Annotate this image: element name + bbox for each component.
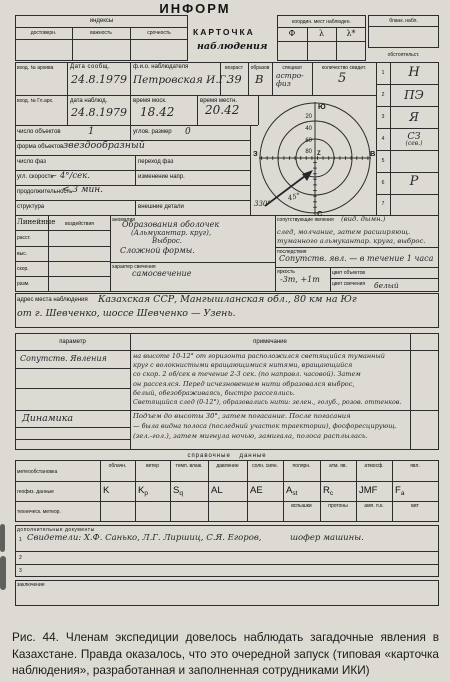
parameter-accompanying: Сопутств. Явления [20, 355, 107, 363]
line [368, 26, 439, 27]
phase-transition-label: переход фаз [138, 159, 173, 166]
observation-date-label: дата наблюд. [70, 98, 107, 105]
line [15, 481, 439, 482]
blank-label: бланк. набл. [368, 18, 439, 24]
line [135, 200, 136, 215]
line [67, 62, 68, 95]
direction-change-label: изменение напр. [138, 174, 185, 181]
object-shape-value: звездообразный [63, 141, 145, 151]
moscow-time-label: время моск. [133, 98, 167, 105]
circumstances-label: обстоятельст. [368, 52, 439, 58]
line [275, 267, 439, 268]
angular-speed-label: угл. скорость [17, 174, 53, 181]
line [15, 27, 188, 28]
note-line: — была видна полоса (последний участок т… [133, 423, 397, 430]
parameter-dynamics: Динамика [22, 414, 73, 424]
object-shape-label: форма объектов [17, 144, 63, 151]
note-line: Подъем до высоты 30°, затем погасание. П… [133, 413, 351, 420]
line [376, 128, 439, 129]
line [15, 246, 110, 247]
line [15, 276, 110, 277]
compass-south-label: Ю [318, 102, 326, 111]
trajectory-arrow [265, 173, 309, 206]
geo-index: Rc [323, 487, 333, 497]
note-line: он рассеялся. Перед исчезновением нити о… [133, 381, 354, 388]
elevation-tick: 20 [305, 114, 312, 120]
linear-row-speed: скор. [17, 266, 29, 272]
line [135, 460, 136, 522]
linear-row-height: выс. [17, 251, 27, 257]
line [15, 261, 110, 262]
elevation-tick: 60 [305, 138, 312, 144]
line [197, 95, 198, 125]
line [15, 368, 130, 369]
weather-col: атм. яв. [320, 463, 356, 469]
line [376, 106, 439, 107]
consequences-value: Сопутств. явл. — в течение 1 часа [279, 255, 433, 263]
line [15, 388, 130, 389]
document-row-value: шофер машины. [290, 534, 364, 543]
line [135, 170, 136, 185]
geo-index-sub: st [292, 490, 297, 497]
side-row-num: 2 [376, 92, 390, 98]
weather-col: полярн. [283, 463, 320, 469]
local-time-value: 20.42 [205, 104, 239, 117]
document-row-num: 2 [19, 555, 22, 561]
side-row-num: 7 [376, 201, 390, 207]
indices-col-reliability: достоверн. [16, 30, 71, 36]
witness-count-value: 5 [338, 72, 346, 86]
line [15, 410, 439, 411]
address-value: от г. Шевченко, шоссе Шевченко — Узень. [17, 309, 236, 319]
geo-index-sub: c [330, 490, 333, 497]
line [330, 267, 331, 292]
line [15, 427, 130, 428]
accompanying-value: (вид. дымн.) [341, 216, 385, 223]
document-row-num: 3 [19, 568, 22, 574]
weather-col: ветер [135, 463, 170, 469]
side-row-num: 5 [376, 158, 390, 164]
archive-no-label: вход. № архива [17, 65, 65, 71]
line [170, 460, 171, 522]
line [135, 155, 136, 170]
address-label: адрес места наблюдения [17, 297, 88, 304]
side-row-num: 1 [376, 70, 390, 76]
line [275, 247, 439, 248]
technical-col: вспышки [283, 503, 320, 509]
glow-color-value: белый [374, 282, 399, 290]
line [277, 27, 366, 28]
card-subtitle: наблюдения [197, 41, 267, 52]
note-line: со скор. 2 об/сек в течение 2-3 сек. (по… [133, 371, 361, 378]
weather-col: солн. сиян. [247, 463, 283, 469]
line [376, 150, 439, 151]
side-row-num: 6 [376, 180, 390, 186]
linear-row-distance: расст. [17, 235, 31, 241]
side-row-num: 4 [376, 136, 390, 142]
line [376, 84, 439, 85]
external-details-label: внешние детали [138, 204, 184, 211]
report-date-label: Дата сообщ. [70, 64, 110, 71]
form-title: ИНФОРМ [130, 1, 260, 16]
weather-col: явл. [392, 463, 438, 469]
line [15, 439, 130, 440]
address-value: Казахская ССР, Мангышланская обл., 80 км… [98, 295, 357, 305]
technical-col: вит [392, 503, 438, 509]
geo-index-main: AE [250, 485, 263, 496]
conclusion-label: заключение [17, 582, 45, 588]
geo-index-main: JMF [359, 485, 377, 496]
line [15, 350, 439, 351]
age-value: 39 [227, 73, 242, 85]
note-line: белый, обезображиваясь, быстро рассеялис… [133, 390, 295, 397]
anomaly-value: Сложной формы. [120, 247, 195, 255]
line [130, 125, 131, 140]
indices-col-urgency: срочность [131, 30, 187, 36]
weather-row-label: метеообстановка [17, 469, 57, 475]
note-column-header: примечание [130, 339, 410, 346]
indices-col-importance: важность [73, 30, 129, 36]
weather-col: давление [208, 463, 247, 469]
main-archive-no-label: вход. № Гл.арх. [17, 98, 65, 104]
zenith-label: Z [317, 151, 321, 157]
geo-index-main: R [323, 485, 330, 496]
note-line: круг с волокнистыми вращающимися нитями,… [133, 362, 352, 369]
weather-col: атмосф. [356, 463, 392, 469]
line [330, 278, 439, 279]
observer-name-value: Петровская И.Г. [133, 75, 229, 86]
weather-col: облачн. [100, 463, 135, 469]
line [130, 62, 131, 95]
glow-character-value: самосвечение [132, 270, 191, 278]
line [392, 460, 393, 522]
age-label: возраст [221, 65, 247, 71]
line [15, 551, 439, 552]
azimuth-annotation: 330° [254, 201, 271, 208]
education-label: образов [249, 65, 271, 71]
line [15, 39, 188, 40]
figure-caption: Рис. 44. Членам экспедиции довелось набл… [12, 629, 439, 679]
trajectory-arrowhead [302, 170, 313, 181]
geo-index: AL [211, 487, 223, 497]
line [283, 460, 284, 522]
line [67, 95, 68, 125]
technical-col: амп. п.к. [356, 503, 392, 509]
document-row-value: Свидетели: Х.Ф. Санько, Л.Г. Лиршиц, С.Я… [27, 534, 262, 543]
line [100, 460, 101, 522]
side-row-value: Я [390, 111, 438, 124]
compass-west-label: З [253, 149, 258, 158]
angular-speed-value: ~ 4°/сек. [50, 172, 90, 181]
reference-title: справочные данные [15, 453, 439, 460]
indices-title: индексы [15, 18, 188, 25]
line [110, 262, 275, 263]
observation-date-value: 24.8.1979 [71, 107, 127, 119]
geo-index: JMF [359, 487, 377, 497]
parameter-column-header: параметр [15, 339, 130, 346]
geo-index-sub: p [144, 490, 148, 497]
line [15, 501, 439, 502]
scan-artifact [0, 556, 6, 590]
line [130, 333, 131, 450]
line [15, 185, 250, 186]
accompanying-value: след, молчание, затем расширяющ. [277, 229, 410, 236]
line [247, 460, 248, 522]
moscow-time-value: 18.42 [140, 106, 174, 119]
geophysics-row-label: геофиз. данные [17, 489, 54, 495]
technical-col: протоны [320, 503, 356, 509]
coords-col-lambda: λ [307, 30, 336, 37]
side-row-value: Р [390, 175, 438, 189]
accompanying-label: сопутствующие явления [277, 217, 339, 223]
card-title: КАРТОЧКА [193, 27, 255, 37]
glow-color-label: цвет свечения [332, 281, 365, 287]
conclusion-box [15, 580, 439, 606]
angular-size-label: углов. размер [133, 129, 172, 136]
structure-label: структура [17, 204, 44, 211]
side-row-value-note: (сев.) [390, 141, 438, 147]
line [320, 460, 321, 522]
side-row-value: ПЭ [390, 89, 438, 102]
linear-row-size: разм. [17, 281, 30, 287]
angular-size-value: 0 [185, 128, 191, 137]
line [110, 215, 111, 292]
technical-row-label: техническ. метеор. [17, 509, 61, 515]
sky-chart: Ю С З В Z 20 40 60 80 [252, 96, 378, 218]
geo-index: Kp [138, 487, 148, 497]
geo-index: AE [250, 487, 263, 497]
geo-index-sub: a [401, 490, 405, 497]
line [277, 41, 366, 42]
line [15, 155, 250, 156]
side-row-num: 3 [376, 114, 390, 120]
coords-title: координ. мест наблюден. [277, 19, 366, 25]
geo-index: Sq [173, 487, 183, 497]
object-count-label: число объектов [17, 129, 61, 136]
scanned-observation-card-page: ИНФОРМ индексы достоверн. важность срочн… [0, 0, 450, 682]
elevation-tick: 80 [305, 149, 312, 155]
object-count-value: 1 [88, 127, 94, 138]
coords-col-lambda-star: λ* [336, 30, 366, 37]
line [356, 460, 357, 522]
note-line: на высоте 10-12° от горизонта расположил… [133, 353, 385, 360]
line [275, 215, 276, 292]
speciality-value: астро-физ [276, 72, 308, 88]
document-row-num: 1 [19, 537, 22, 543]
geo-index: K [103, 487, 109, 497]
compass-east-label: В [370, 149, 376, 158]
line [410, 333, 411, 450]
geo-index-sub: q [179, 490, 183, 497]
line [376, 172, 439, 173]
line [15, 230, 110, 231]
note-line: Светящийся след (0-12°), образовались ни… [133, 400, 401, 407]
report-date-value: 24.8.1979 [71, 74, 127, 86]
education-value: В [255, 73, 263, 85]
phase-count-label: число фаз [17, 159, 46, 166]
geo-index-main: K [103, 485, 109, 496]
note-line: (зел.-гол.), затем мигнула ночью, замига… [133, 433, 368, 440]
anomaly-value: Выброс. [152, 238, 182, 245]
coords-col-phi: Ф [277, 30, 307, 37]
duration-value: < 3 мин. [62, 186, 103, 195]
geo-index: Ast [286, 487, 297, 497]
object-color-label: цвет объектов [332, 270, 365, 276]
line [250, 125, 251, 215]
line [130, 95, 131, 125]
geo-index: Fa [395, 487, 404, 497]
effects-header: воздействия [49, 221, 110, 227]
line [208, 460, 209, 522]
line [15, 564, 439, 565]
line [15, 125, 258, 126]
accompanying-value: туманного альмукантар. круга, выброс. [277, 238, 425, 245]
weather-col: темп. влаж. [170, 463, 208, 469]
observer-name-label: ф.и.о. наблюдателя [133, 64, 188, 71]
line [376, 194, 439, 195]
elevation-tick: 40 [305, 126, 312, 132]
line [15, 200, 250, 201]
geo-index-main: AL [211, 485, 223, 496]
scan-artifact [0, 524, 5, 552]
brightness-value: -3m, +1m [280, 276, 320, 284]
side-row-value: Н [390, 66, 438, 80]
